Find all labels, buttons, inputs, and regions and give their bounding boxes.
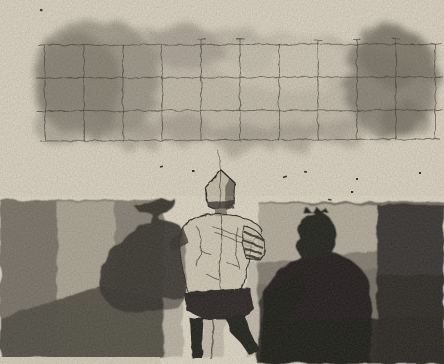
grain-overlay-light — [0, 196, 444, 364]
artwork-reproduction — [0, 0, 444, 364]
